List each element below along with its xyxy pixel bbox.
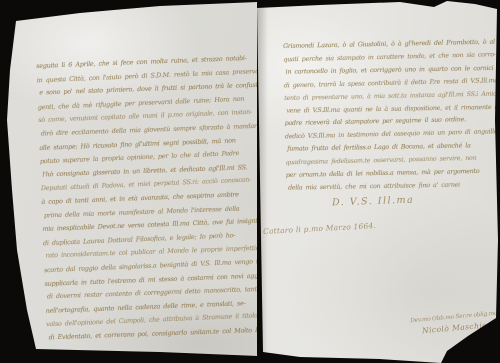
signature-block: Dev.mo Obb.mo Ser.re oblig.mo Nicolò Mas…	[397, 311, 498, 338]
right-page-text: Grismondi Lazara, ò al Giustolini, ò à g…	[283, 36, 500, 195]
handwritten-line: della mia servitù, che mi con attribuisc…	[288, 179, 500, 196]
manuscript-photo: seguita li 6 Aprile, che si fece con mol…	[0, 0, 500, 363]
page-fold-shadow	[257, 0, 268, 363]
closing-salutation: D. V.S. Ill.ma	[332, 195, 415, 209]
left-page-text: seguita li 6 Aprile, che si fece con mol…	[36, 51, 271, 345]
dateline: Cattaro li p.mo Marzo 1664.	[263, 221, 376, 236]
pencil-mark: 4	[477, 338, 481, 346]
